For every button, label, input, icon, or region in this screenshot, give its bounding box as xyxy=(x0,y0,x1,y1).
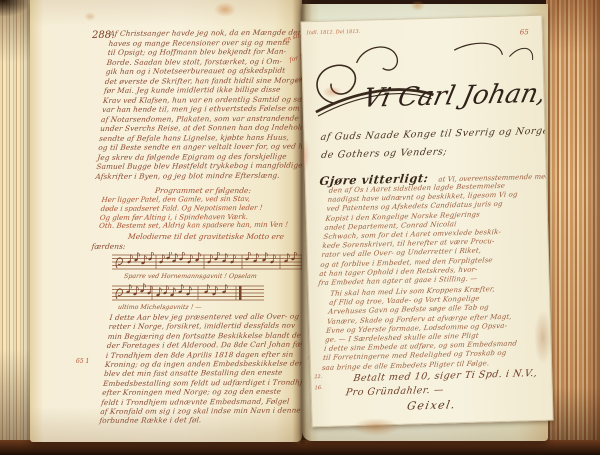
music-stave-1 xyxy=(112,252,302,274)
royal-heading-text: Vi Carl Johan, xyxy=(360,78,542,114)
folio-marks: 22.16. xyxy=(314,372,323,394)
folio-mark: 16. xyxy=(314,383,322,394)
folio-mark: 22. xyxy=(314,372,322,383)
letter-body-1: den af Os i Aaret sidstleden lagde Beste… xyxy=(318,181,541,289)
clef-squiggle xyxy=(116,258,122,268)
final-barline xyxy=(239,286,242,300)
stave-1-lyric: Sparre ved Hornemannsgavnit ! Opselam xyxy=(124,273,258,280)
open-manuscript-book-photo: 288. Af Christsanger havde jeg nok, da e… xyxy=(0,0,600,455)
left-page: 288. Af Christsanger havde jeg nok, da e… xyxy=(30,0,302,442)
royal-subtitle-1: af Guds Naade Konge til Sverrig og Norge… xyxy=(320,125,554,143)
book-corner-shadow xyxy=(0,0,30,16)
pasted-royal-letter: Indl. 1812. Del 1813. 65 Vi Carl Johan, … xyxy=(300,15,553,428)
clef-squiggle xyxy=(116,289,122,299)
diary-paragraph-2: I dette Aar blev jeg præsenteret ved all… xyxy=(99,312,302,426)
epigram-verse: Her ligger Patel, den Gamle, ved sin Sta… xyxy=(99,195,302,232)
royal-subtitle-2: de Gothers og Venders; xyxy=(320,146,448,161)
left-margin-note: 65 1 xyxy=(76,358,89,365)
right-fore-edge-stack xyxy=(546,0,600,455)
melody-intro-line: Melodierne til det gravitetiske Motto er… xyxy=(116,232,297,241)
handwritten-line: Afskrifter i Byen, og jeg blot mindre Ef… xyxy=(95,170,282,181)
letter-body-2: Thi skal han med Liv som Kroppens Kræfte… xyxy=(321,284,542,373)
signature: Geixel. xyxy=(406,398,457,412)
melody-intro-line-2: færdens: xyxy=(91,242,126,251)
verse-line: Oth. Bestemt set, Aldrig kan spadsere ha… xyxy=(99,221,300,231)
program-heading: Programmet er følgende: xyxy=(110,186,297,195)
handwritten-line: forbundne Række i det føl. xyxy=(99,415,296,426)
stave-2-lyric: ultimo Michelsgavnitz ! — xyxy=(118,304,202,311)
calligraphic-heading: Vi Carl Johan, xyxy=(304,36,542,129)
folio-number: 65 xyxy=(520,28,529,36)
diary-paragraph-1: Af Christsanger havde jeg nok, da en Mæn… xyxy=(95,28,296,181)
music-stave-2 xyxy=(112,283,264,305)
payment-line-2: Pro Gründahler. — xyxy=(345,385,445,399)
archival-note: Indl. 1812. Del 1813. xyxy=(307,29,361,36)
